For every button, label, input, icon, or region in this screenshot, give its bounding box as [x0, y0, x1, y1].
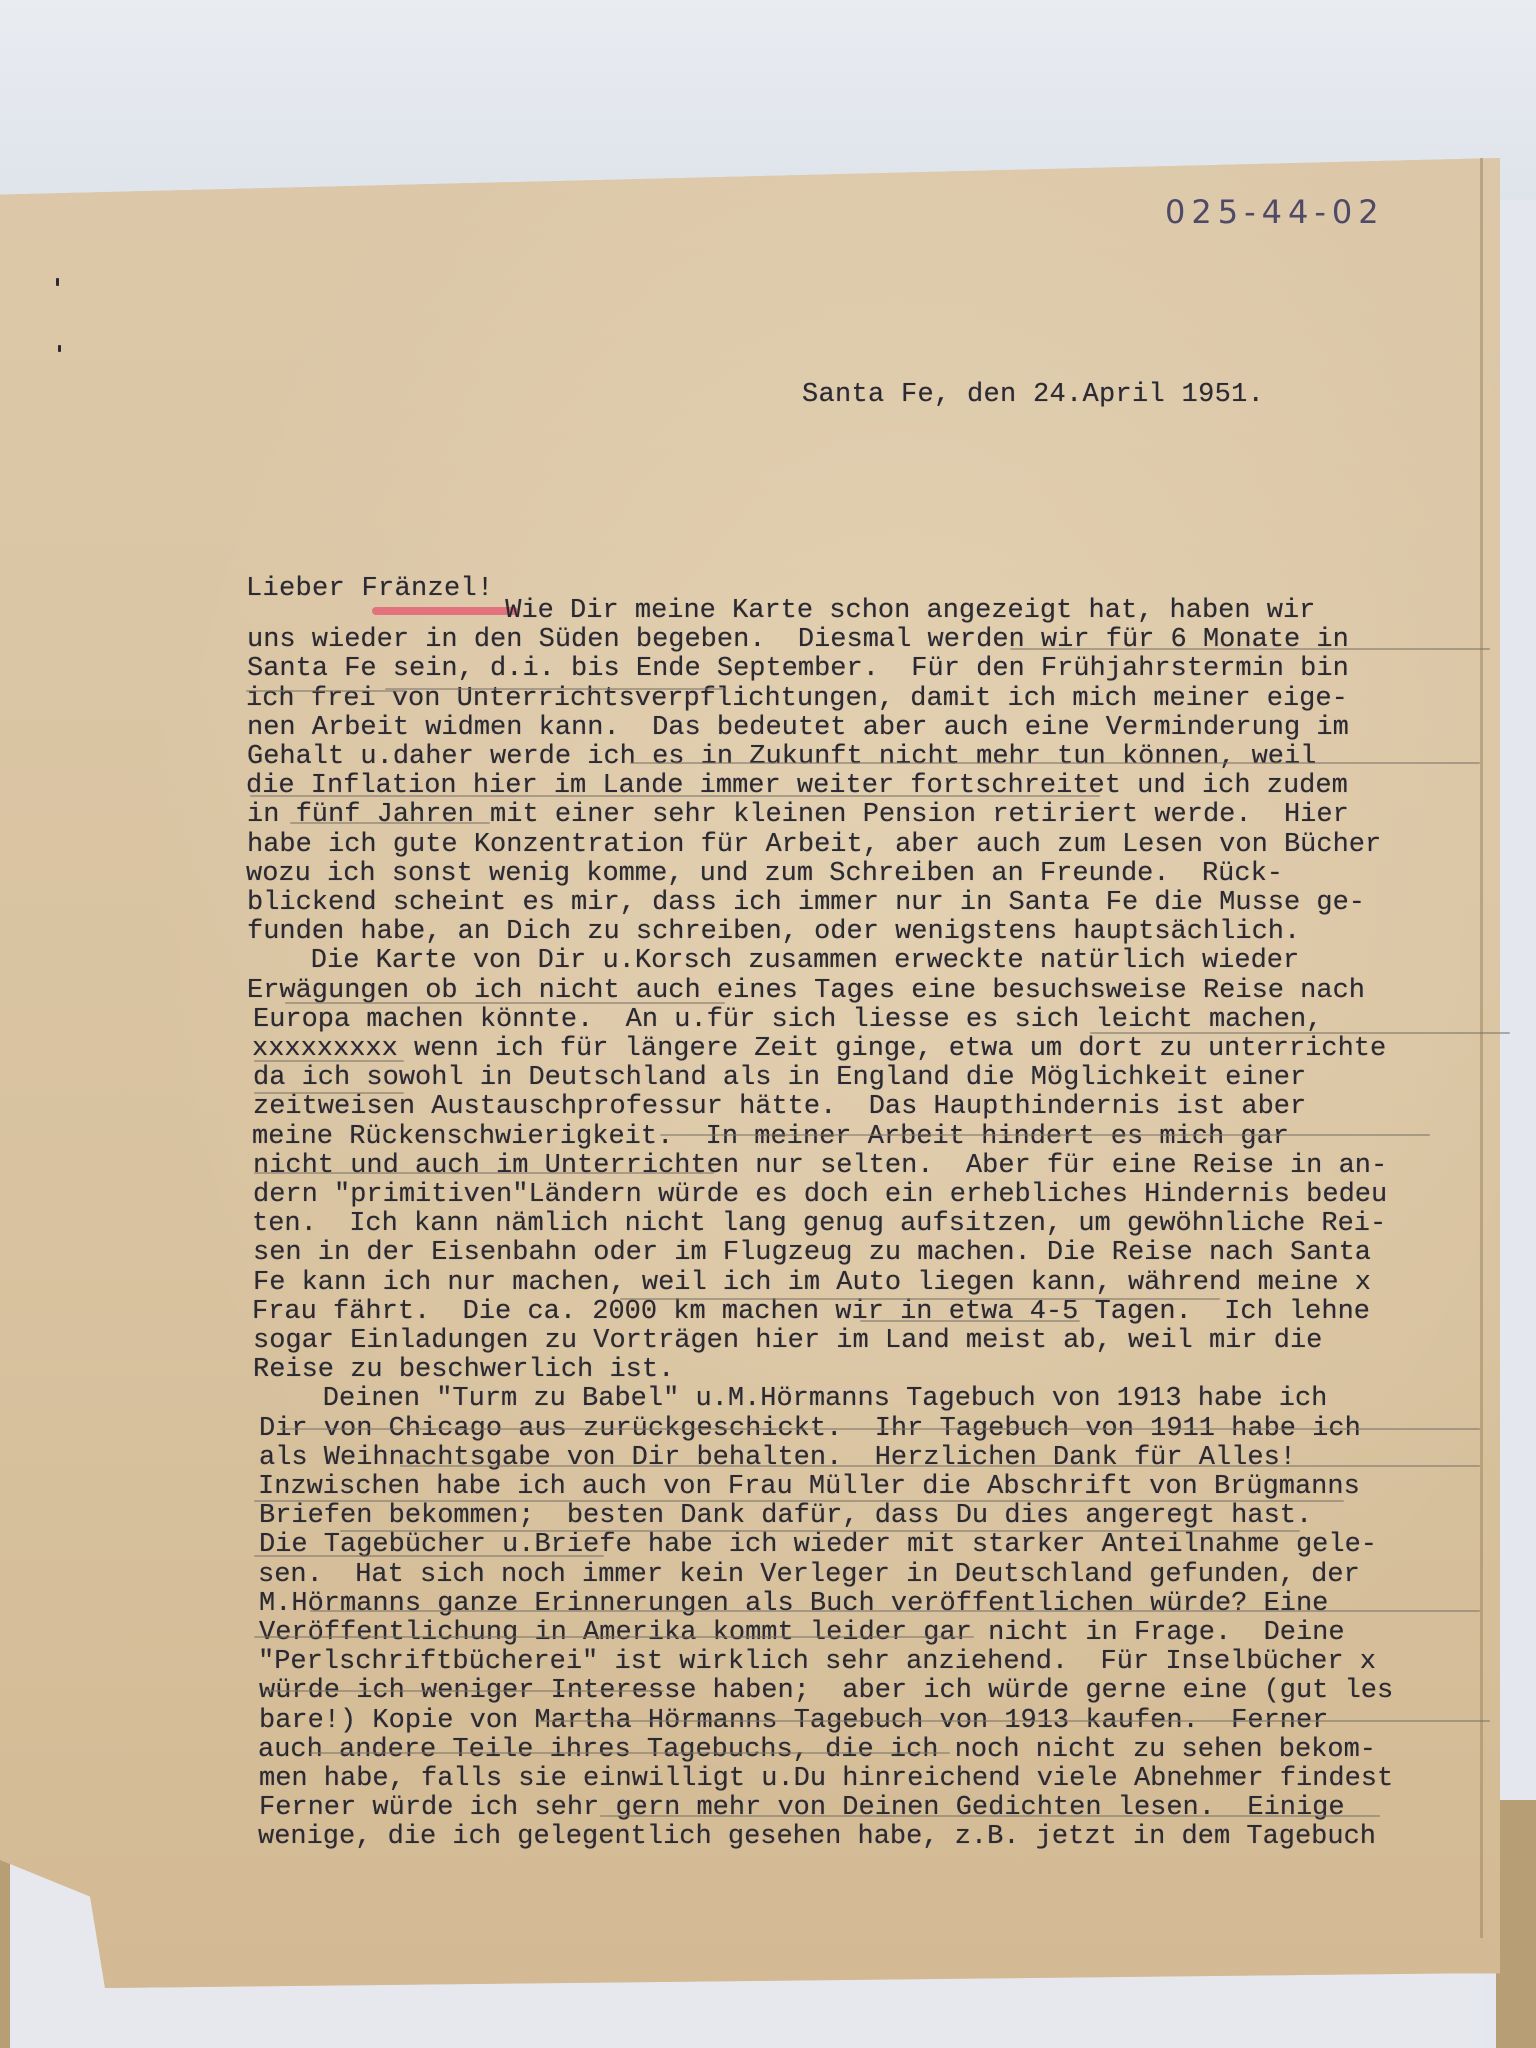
typed-line: sen. Hat sich noch immer kein Verleger i…	[258, 1560, 1360, 1590]
typed-line: Santa Fe sein, d.i. bis Ende September. …	[247, 654, 1349, 684]
typed-line: in fünf Jahren mit einer sehr kleinen Pe…	[247, 800, 1349, 830]
pencil-underline	[630, 762, 1480, 764]
typed-line: wozu ich sonst wenig komme, und zum Schr…	[246, 859, 1283, 889]
dateline: Santa Fe, den 24.April 1951.	[802, 380, 1264, 410]
typed-line: Inzwischen habe ich auch von Frau Müller…	[258, 1472, 1360, 1502]
typed-line: habe ich gute Konzentration für Arbeit, …	[247, 830, 1381, 860]
pencil-underline	[254, 1500, 1344, 1502]
typed-line: auch andere Teile ihres Tagebuchs, die i…	[258, 1735, 1376, 1765]
typed-line: Frau fährt. Die ca. 2000 km machen wir i…	[252, 1297, 1370, 1327]
pencil-underline	[660, 1134, 1430, 1136]
typed-line: Briefen bekommen; besten Dank dafür, das…	[259, 1501, 1312, 1531]
typed-line: Reise zu beschwerlich ist.	[253, 1355, 674, 1385]
pencil-underline	[280, 1428, 1480, 1430]
pencil-underline	[310, 1752, 950, 1754]
pencil-underline	[290, 822, 490, 824]
typed-line: dern "primitiven"Ländern würde es doch e…	[253, 1180, 1387, 1210]
typed-line: als Weihnachtsgabe von Dir behalten. Her…	[259, 1443, 1296, 1473]
typed-line: nicht und auch im Unterrichten nur selte…	[253, 1151, 1387, 1181]
typed-line: Die Karte von Dir u.Korsch zusammen erwe…	[246, 946, 1299, 976]
typed-line: Veröffentlichung in Amerika kommt leider…	[259, 1618, 1345, 1648]
pencil-underline	[246, 690, 406, 692]
pencil-underline	[1090, 1032, 1510, 1034]
pencil-underline	[254, 1555, 604, 1557]
pencil-underline	[264, 1690, 664, 1692]
pencil-underline	[600, 1815, 1380, 1817]
typed-line: Europa machen könnte. An u.für sich lies…	[253, 1005, 1322, 1035]
archive-number: 025-44-02	[1165, 193, 1385, 231]
ink-mark	[58, 345, 61, 352]
typed-line: Ferner würde ich sehr gern mehr von Dein…	[259, 1793, 1345, 1823]
underlay-folder	[1496, 1800, 1536, 2048]
typed-line: wenige, die ich gelegentlich gesehen hab…	[258, 1822, 1376, 1852]
pencil-underline	[385, 688, 725, 690]
typed-line: sen in der Eisenbahn oder im Flugzeug zu…	[253, 1238, 1371, 1268]
typed-line: meine Rückenschwierigkeit. In meiner Arb…	[252, 1122, 1289, 1152]
typed-line: sogar Einladungen zu Vorträgen hier im L…	[253, 1326, 1322, 1356]
typed-line: Deinen "Turm zu Babel" u.M.Hörmanns Tage…	[258, 1384, 1327, 1414]
typed-line: Gehalt u.daher werde ich es in Zukunft n…	[247, 742, 1316, 772]
typed-line: uns wieder in den Süden begeben. Diesmal…	[247, 625, 1349, 655]
pencil-underline	[620, 1298, 1220, 1300]
pencil-underline	[254, 1172, 714, 1174]
pencil-underline	[340, 1530, 1300, 1532]
typed-line: Fe kann ich nur machen, weil ich im Auto…	[253, 1268, 1371, 1298]
ink-mark	[56, 278, 59, 286]
typed-line: "Perlschriftbücherei" ist wirklich sehr …	[258, 1647, 1376, 1677]
typed-line: men habe, falls sie einwilligt u.Du hinr…	[259, 1764, 1393, 1794]
typed-line: zeitweisen Austauschprofessur hätte. Das…	[253, 1092, 1306, 1122]
pencil-underline	[250, 795, 1100, 797]
typed-line: funden habe, an Dich zu schreiben, oder …	[247, 917, 1300, 947]
pencil-underline	[310, 1610, 1480, 1612]
typed-line: blickend scheint es mir, dass ich immer …	[247, 888, 1365, 918]
pencil-underline	[285, 1002, 725, 1004]
typed-line: Wie Dir meine Karte schon angezeigt hat,…	[246, 596, 1315, 626]
pencil-underline	[1010, 648, 1490, 650]
pencil-underline	[540, 1720, 1490, 1722]
pencil-underline	[400, 1465, 1480, 1467]
typed-line: da ich sowohl in Deutschland als in Engl…	[253, 1063, 1306, 1093]
pencil-underline	[254, 1060, 404, 1062]
typed-line: ten. Ich kann nämlich nicht lang genug a…	[252, 1209, 1386, 1239]
page-edge	[1480, 158, 1483, 1938]
pencil-underline	[254, 1636, 974, 1638]
typed-line: xxxxxxxxx wenn ich für längere Zeit ging…	[252, 1034, 1386, 1064]
typed-line: M.Hörmanns ganze Erinnerungen als Buch v…	[259, 1589, 1328, 1619]
typed-line: nen Arbeit widmen kann. Das bedeutet abe…	[247, 713, 1349, 743]
pencil-underline	[254, 1092, 404, 1094]
pencil-underline	[860, 1320, 1080, 1322]
